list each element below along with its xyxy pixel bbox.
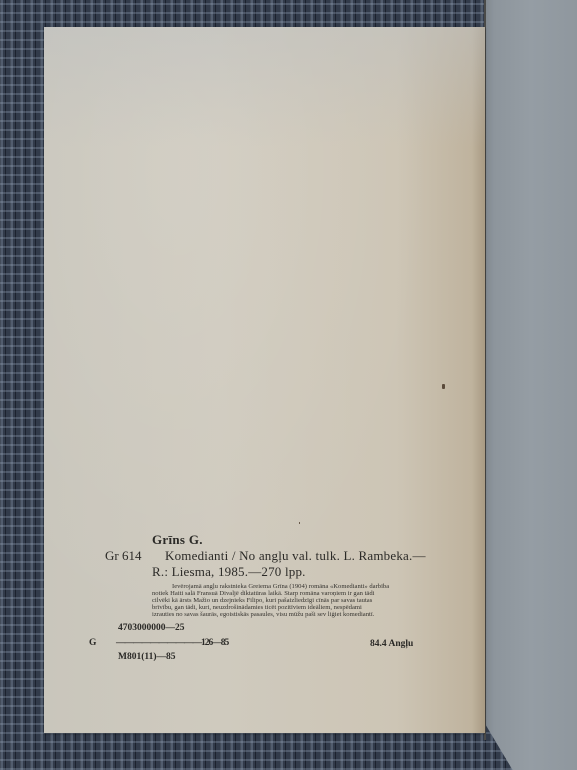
book-abstract: Ievērojamā angļu rakstnieka Greiema Grīn… bbox=[152, 583, 480, 618]
title-translation-line: Komedianti / No angļu val. tulk. L. Ramb… bbox=[165, 548, 426, 564]
index-code-top: 4703000000—25 bbox=[118, 623, 185, 633]
abstract-line: cilvēki kā ārsts Mažio un dzejnieks Fili… bbox=[152, 597, 480, 604]
index-code-bottom: M801(11)—85 bbox=[118, 652, 176, 662]
publisher-imprint: R.: Liesma, 1985.—270 lpp. bbox=[152, 564, 306, 580]
index-code-middle: ——————————126—85 bbox=[116, 638, 228, 648]
abstract-line: Ievērojamā angļu rakstnieka Greiema Grīn… bbox=[152, 583, 480, 590]
paper-speck bbox=[299, 522, 300, 524]
classification-code: 84.4 Angļu bbox=[370, 639, 413, 649]
author-name: Grīns G. bbox=[152, 532, 203, 548]
paper-speck bbox=[442, 384, 445, 389]
call-number: Gr 614 bbox=[105, 548, 141, 564]
index-letter: G bbox=[89, 638, 96, 648]
adjacent-book-page bbox=[485, 0, 577, 770]
abstract-line: notiek Haiti salā Fransuā Divaljē diktat… bbox=[152, 590, 480, 597]
abstract-line: izrauties no savas šaurās, egoistiskās p… bbox=[152, 611, 480, 618]
book-back-page: Grīns G. Gr 614 Komedianti / No angļu va… bbox=[44, 27, 485, 733]
page-light-shading bbox=[44, 27, 485, 147]
